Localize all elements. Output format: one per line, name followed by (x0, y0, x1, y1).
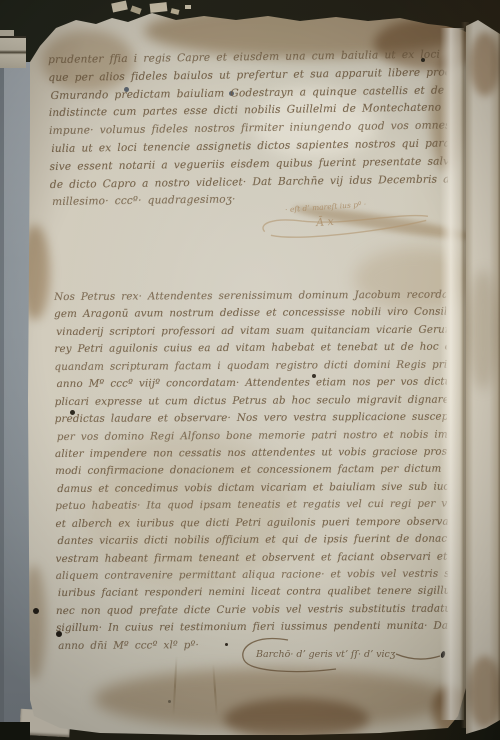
paragraph-1: prudenter ffia i regis Capre et eiusdem … (48, 46, 448, 212)
chancery-note-text: · eſt dʼ mareſt ius pº · (285, 200, 367, 215)
wormhole (33, 608, 39, 614)
torn-paper-fleck (130, 5, 141, 14)
stain (470, 32, 500, 96)
ink-speck (168, 700, 171, 703)
stain (468, 270, 498, 390)
torn-paper-fleck (171, 8, 180, 15)
paragraph-2: Nos Petrus rex· Attendentes serenissimum… (54, 287, 448, 656)
signature-flourish: Barchō· dʼ geris vtʼ ſſ· dʼ vicʒ (236, 634, 446, 678)
facing-page (466, 20, 500, 736)
stain (468, 656, 500, 728)
torn-paper-fleck (185, 5, 191, 9)
flourish-stroke (263, 210, 429, 240)
shadow-corner (0, 722, 30, 740)
cover-edge (0, 60, 4, 730)
manuscript-page: prudenter ffia i regis Capre et eiusdem … (24, 10, 466, 738)
torn-paper-fleck (150, 2, 168, 13)
page-stack-edge (0, 36, 26, 68)
signature-text: Barchō· dʼ geris vtʼ ſſ· dʼ vicʒ (255, 649, 396, 660)
torn-paper-fleck (111, 1, 128, 13)
stain (224, 698, 369, 740)
manuscript-photo: prudenter ffia i regis Capre et eiusdem … (0, 0, 500, 740)
